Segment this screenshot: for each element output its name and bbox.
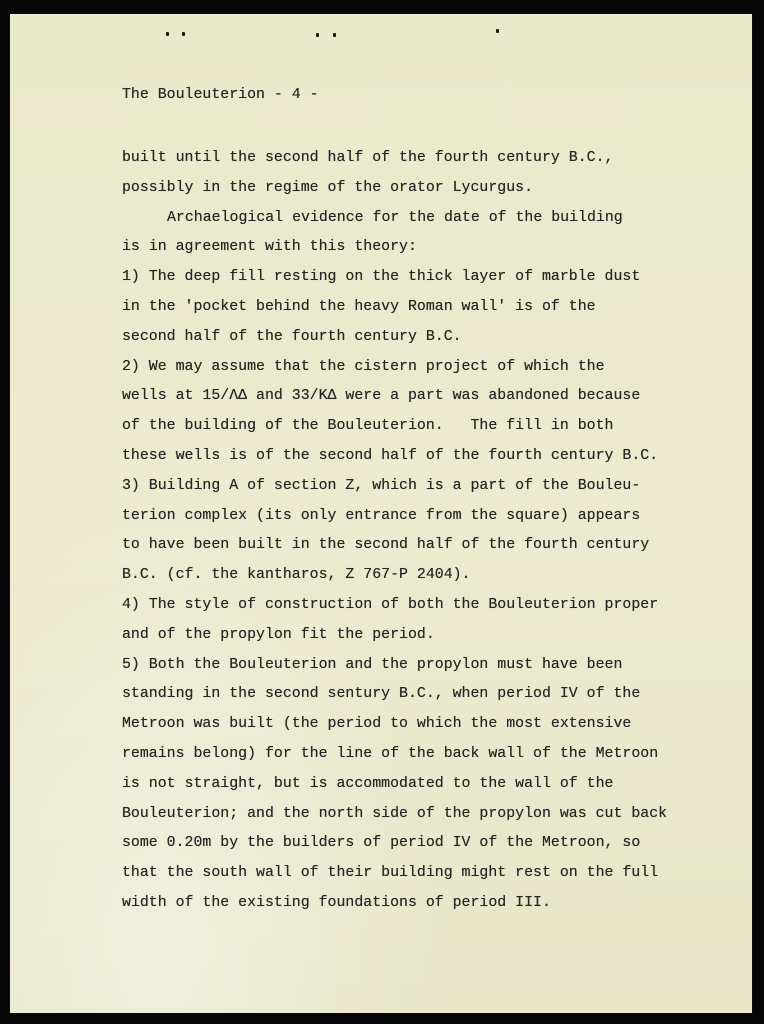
text-line: to have been built in the second half of… bbox=[122, 531, 667, 561]
text-line: some 0.20m by the builders of period IV … bbox=[122, 829, 667, 859]
text-line: 2) We may assume that the cistern projec… bbox=[122, 353, 667, 383]
punch-hole-mark bbox=[496, 29, 499, 33]
page-header: The Bouleuterion - 4 - bbox=[122, 87, 319, 103]
text-line: B.C. (cf. the kantharos, Z 767-P 2404). bbox=[122, 561, 667, 591]
text-line: these wells is of the second half of the… bbox=[122, 442, 667, 472]
document-body: built until the second half of the fourt… bbox=[122, 144, 667, 919]
punch-hole-mark bbox=[182, 32, 185, 36]
text-line: is in agreement with this theory: bbox=[122, 233, 667, 263]
text-line: is not straight, but is accommodated to … bbox=[122, 770, 667, 800]
text-line: second half of the fourth century B.C. bbox=[122, 323, 667, 353]
text-line: remains belong) for the line of the back… bbox=[122, 740, 667, 770]
text-line: terion complex (its only entrance from t… bbox=[122, 502, 667, 532]
text-line: 5) Both the Bouleuterion and the propylo… bbox=[122, 651, 667, 681]
text-line: 4) The style of construction of both the… bbox=[122, 591, 667, 621]
text-line: Archaelogical evidence for the date of t… bbox=[122, 204, 667, 234]
document-page: The Bouleuterion - 4 - built until the s… bbox=[10, 14, 752, 1013]
text-line: standing in the second sentury B.C., whe… bbox=[122, 680, 667, 710]
text-line: Metroon was built (the period to which t… bbox=[122, 710, 667, 740]
text-line: and of the propylon fit the period. bbox=[122, 621, 667, 651]
text-line: in the 'pocket behind the heavy Roman wa… bbox=[122, 293, 667, 323]
text-line: wells at 15/ΛΔ and 33/ΚΔ were a part was… bbox=[122, 382, 667, 412]
text-line: that the south wall of their building mi… bbox=[122, 859, 667, 889]
text-line: 3) Building A of section Z, which is a p… bbox=[122, 472, 667, 502]
text-line: width of the existing foundations of per… bbox=[122, 889, 667, 919]
punch-hole-mark bbox=[316, 33, 319, 37]
text-line: possibly in the regime of the orator Lyc… bbox=[122, 174, 667, 204]
punch-hole-mark bbox=[166, 32, 169, 36]
text-line: Bouleuterion; and the north side of the … bbox=[122, 800, 667, 830]
text-line: of the building of the Bouleuterion. The… bbox=[122, 412, 667, 442]
text-line: built until the second half of the fourt… bbox=[122, 144, 667, 174]
text-line: 1) The deep fill resting on the thick la… bbox=[122, 263, 667, 293]
punch-hole-mark bbox=[333, 33, 336, 37]
